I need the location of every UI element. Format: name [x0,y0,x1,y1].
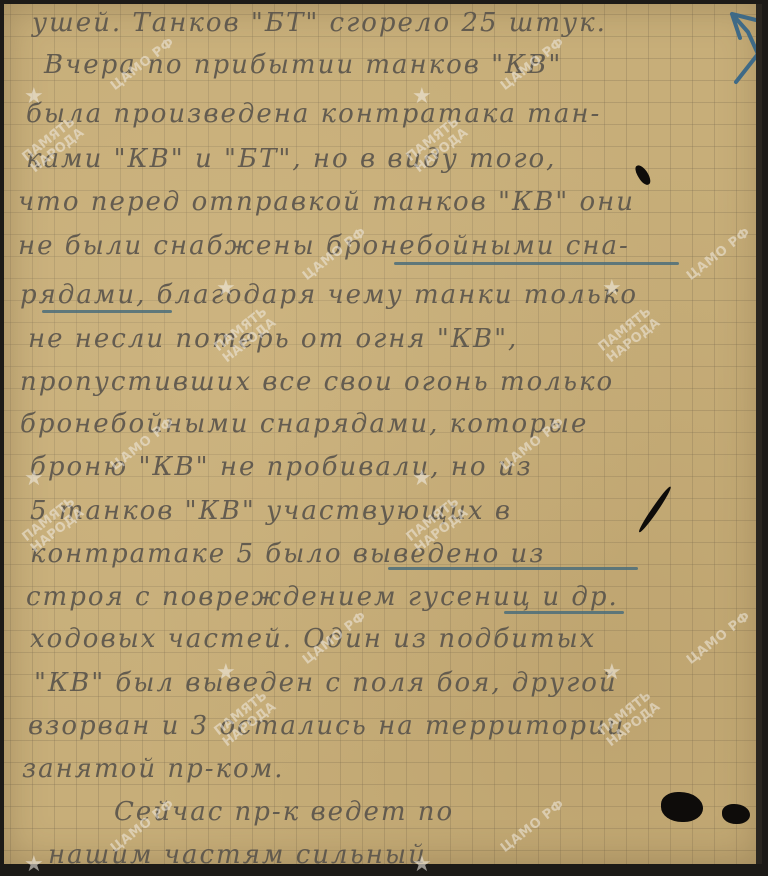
text-line-1: ушей. Танков "БТ" сгорело 25 штук. [32,8,607,38]
star-icon: ★ [24,84,44,109]
star-icon: ★ [412,852,432,876]
text-line-10: бронебойными снарядами, которые [20,409,588,439]
text-line-3: была произведена контратака тан- [26,99,601,129]
text-line-16: "КВ" был выведен с поля боя, другой [34,668,618,698]
blue-underline-3 [388,567,638,570]
star-icon: ★ [412,466,432,491]
text-line-20: нашим частям сильный [48,840,427,870]
blue-underline-2 [42,310,172,313]
watermark-pamyat-naroda: ПАМЯТЬНАРОДА [596,305,663,366]
text-line-9: пропустивших все свои огонь только [20,367,614,397]
star-icon: ★ [216,660,236,685]
document-scan: ушей. Танков "БТ" сгорело 25 штук. Вчера… [0,0,768,876]
text-line-18: занятой пр-ком. [22,754,285,784]
text-line-14: строя с повреждением гусениц и др. [26,582,619,612]
star-icon: ★ [412,84,432,109]
text-line-17: взорван и 3 остались на территории [28,711,626,741]
star-icon: ★ [24,466,44,491]
graph-paper-page: ушей. Танков "БТ" сгорело 25 штук. Вчера… [4,4,762,864]
star-icon: ★ [216,276,236,301]
watermark-camo: ЦАМО РФ [684,609,754,668]
blue-underline-4 [504,611,624,614]
star-icon: ★ [602,660,622,685]
text-line-5: что перед отправкой танков "КВ" они [18,187,635,217]
watermark-camo: ЦАМО РФ [684,225,754,284]
text-line-4: ками "КВ" и "БТ", но в виду того, [26,144,556,174]
watermark-pamyat-naroda: ПАМЯТЬНАРОДА [596,689,663,750]
ink-mark [633,163,653,187]
paper-hole [722,804,750,824]
text-line-13: контратаке 5 было выведено из [30,539,545,569]
watermark-camo: ЦАМО РФ [498,797,568,856]
ink-mark [637,485,673,533]
star-icon: ★ [602,276,622,301]
text-line-7: рядами, благодаря чему танки только [20,280,638,310]
blue-underline-1 [394,262,679,265]
page-edge [756,4,762,864]
star-icon: ★ [24,852,44,876]
paper-hole [661,792,703,822]
text-line-11: броню "КВ" не пробивали, но из [30,452,533,482]
